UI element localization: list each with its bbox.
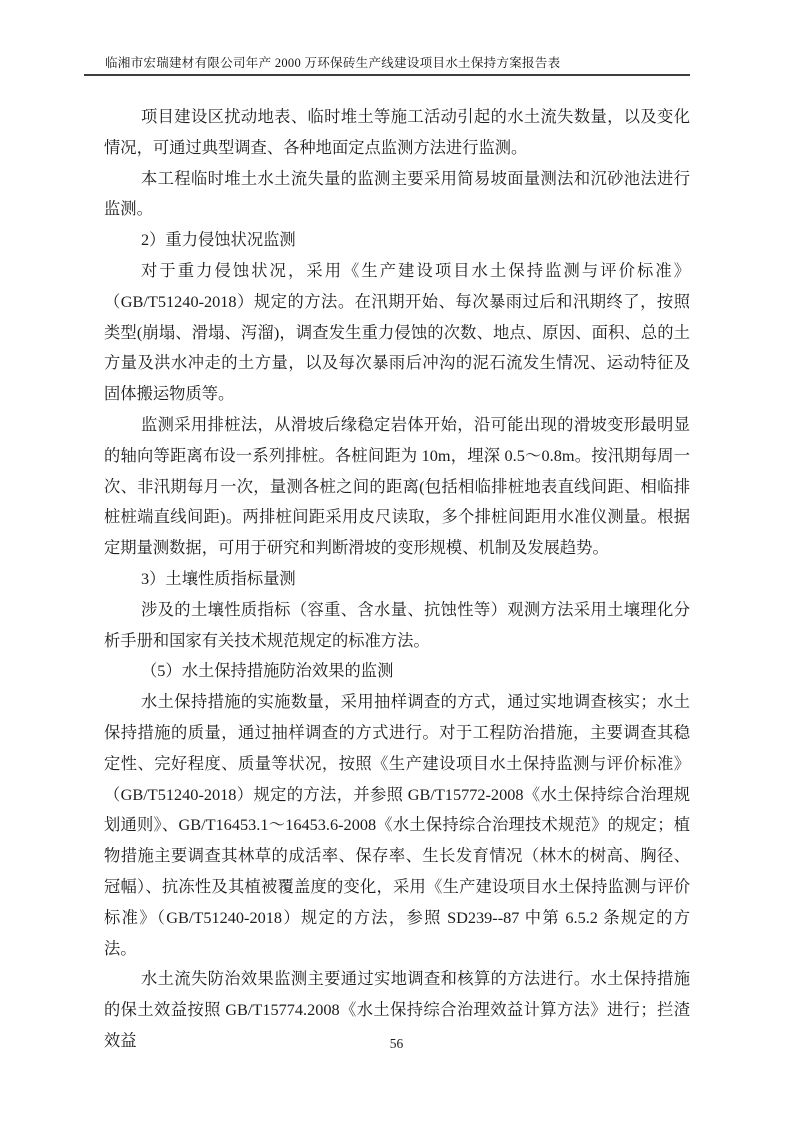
- paragraph: （5）水土保持措施防治效果的监测: [104, 656, 690, 687]
- page-number: 56: [390, 1036, 404, 1051]
- page-content: 临湘市宏瑞建材有限公司年产 2000 万环保砖生产线建设项目水土保持方案报告表 …: [104, 0, 690, 1057]
- page-header: 临湘市宏瑞建材有限公司年产 2000 万环保砖生产线建设项目水土保持方案报告表: [84, 0, 690, 76]
- paragraph: 对于重力侵蚀状况，采用《生产建设项目水土保持监测与评价标准》（GB/T51240…: [104, 256, 690, 410]
- header-title: 临湘市宏瑞建材有限公司年产 2000 万环保砖生产线建设项目水土保持方案报告表: [84, 53, 690, 71]
- paragraph: 监测采用排桩法，从滑坡后缘稳定岩体开始，沿可能出现的滑坡变形最明显的轴向等距离布…: [104, 410, 690, 564]
- paragraph: 2）重力侵蚀状况监测: [104, 225, 690, 256]
- paragraph: 水土保持措施的实施数量，采用抽样调查的方式，通过实地调查核实；水土保持措施的质量…: [104, 687, 690, 964]
- paragraph: 3）土壤性质指标量测: [104, 564, 690, 595]
- paragraph: 涉及的土壤性质指标（容重、含水量、抗蚀性等）观测方法采用土壤理化分析手册和国家有…: [104, 595, 690, 657]
- document-body: 项目建设区扰动地表、临时堆土等施工活动引起的水土流失数量，以及变化情况，可通过典…: [104, 102, 690, 1057]
- paragraph: 项目建设区扰动地表、临时堆土等施工活动引起的水土流失数量，以及变化情况，可通过典…: [104, 102, 690, 164]
- page-footer: 56: [0, 1036, 793, 1052]
- document-page: 临湘市宏瑞建材有限公司年产 2000 万环保砖生产线建设项目水土保持方案报告表 …: [0, 0, 793, 1122]
- paragraph: 本工程临时堆土水土流失量的监测主要采用简易坡面量测法和沉砂池法进行监测。: [104, 164, 690, 226]
